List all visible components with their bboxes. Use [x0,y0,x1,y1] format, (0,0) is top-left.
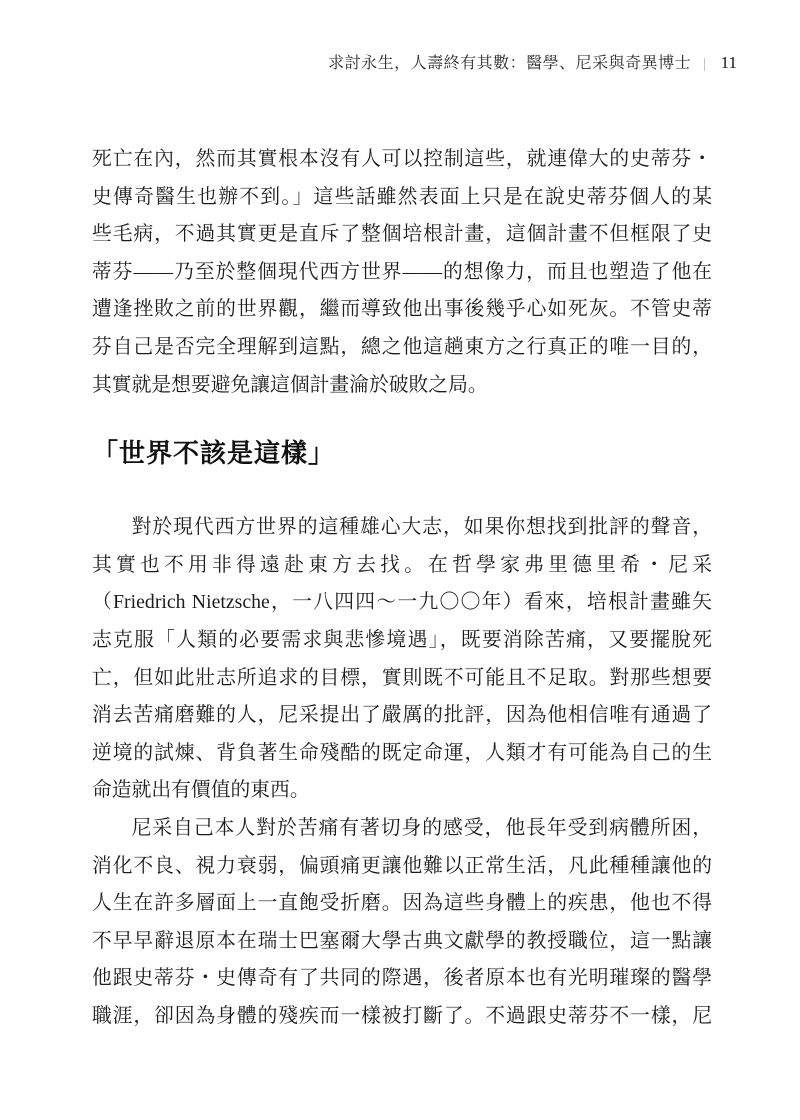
text-line: 志克服「人類的必要需求與悲慘境遇」，既要消除苦痛，又要擺脫死 [92,622,712,660]
page-body: 死亡在內，然而其實根本沒有人可以控制這些，就連偉大的史蒂芬・史傳奇醫生也辦不到。… [92,141,712,1035]
paragraph: 尼采自己本人對於苦痛有著切身的感受，他長年受到病體所困，消化不良、視力衰弱，偏頭… [92,810,712,1036]
text-line: 人生在許多層面上一直飽受折磨。因為這些身體上的疾患，他也不得 [92,885,712,923]
text-line: 不早早辭退原本在瑞士巴塞爾大學古典文獻學的教授職位，這一點讓 [92,923,712,961]
text-line: 其實就是想要避免讓這個計畫淪於破敗之局。 [92,367,712,405]
text-line: 死亡在內，然而其實根本沒有人可以控制這些，就連偉大的史蒂芬・ [92,141,712,179]
text-line: 亡，但如此壯志所追求的目標，實則既不可能且不足取。對那些想要 [92,660,712,698]
text-line: 職涯，卻因為身體的殘疾而一樣被打斷了。不過跟史蒂芬不一樣，尼 [92,998,712,1036]
text-line: 消化不良、視力衰弱，偏頭痛更讓他難以正常生活，凡此種種讓他的 [92,848,712,886]
page-number: 11 [721,53,737,73]
running-header-title: 求討永生，人壽終有其數：醫學、尼采與奇異博士 [328,50,691,73]
text-line: 芬自己是否完全理解到這點，總之他這趟東方之行真正的唯一目的， [92,329,712,367]
text-line: 蒂芬——乃至於整個現代西方世界——的想像力，而且也塑造了他在 [92,254,712,292]
running-header: 求討永生，人壽終有其數：醫學、尼采與奇異博士 | 11 [328,50,737,73]
header-separator: | [703,56,707,73]
text-line: 他跟史蒂芬・史傳奇有了共同的際遇，後者原本也有光明璀璨的醫學 [92,960,712,998]
text-line: 史傳奇醫生也辦不到。」這些話雖然表面上只是在說史蒂芬個人的某 [92,179,712,217]
text-line: 遭逢挫敗之前的世界觀，繼而導致他出事後幾乎心如死灰。不管史蒂 [92,291,712,329]
section-heading: 「世界不該是這樣」 [92,431,712,477]
text-line: （Friedrich Nietzsche，一八四四～一九〇〇年）看來，培根計畫雖… [92,584,712,622]
text-line: 命造就出有價值的東西。 [92,772,712,810]
text-line: 尼采自己本人對於苦痛有著切身的感受，他長年受到病體所困， [92,810,712,848]
text-line: 消去苦痛磨難的人，尼采提出了嚴厲的批評，因為他相信唯有通過了 [92,697,712,735]
text-line: 對於現代西方世界的這種雄心大志，如果你想找到批評的聲音， [92,509,712,547]
paragraph: 死亡在內，然而其實根本沒有人可以控制這些，就連偉大的史蒂芬・史傳奇醫生也辦不到。… [92,141,712,404]
text-line: 些毛病，不過其實更是直斥了整個培根計畫，這個計畫不但框限了史 [92,216,712,254]
book-page: 求討永生，人壽終有其數：醫學、尼采與奇異博士 | 11 死亡在內，然而其實根本沒… [0,0,800,1120]
text-line: 其實也不用非得遠赴東方去找。在哲學家弗里德里希・尼采 [92,547,712,585]
paragraph: 對於現代西方世界的這種雄心大志，如果你想找到批評的聲音，其實也不用非得遠赴東方去… [92,509,712,810]
text-line: 逆境的試煉、背負著生命殘酷的既定命運，人類才有可能為自己的生 [92,735,712,773]
